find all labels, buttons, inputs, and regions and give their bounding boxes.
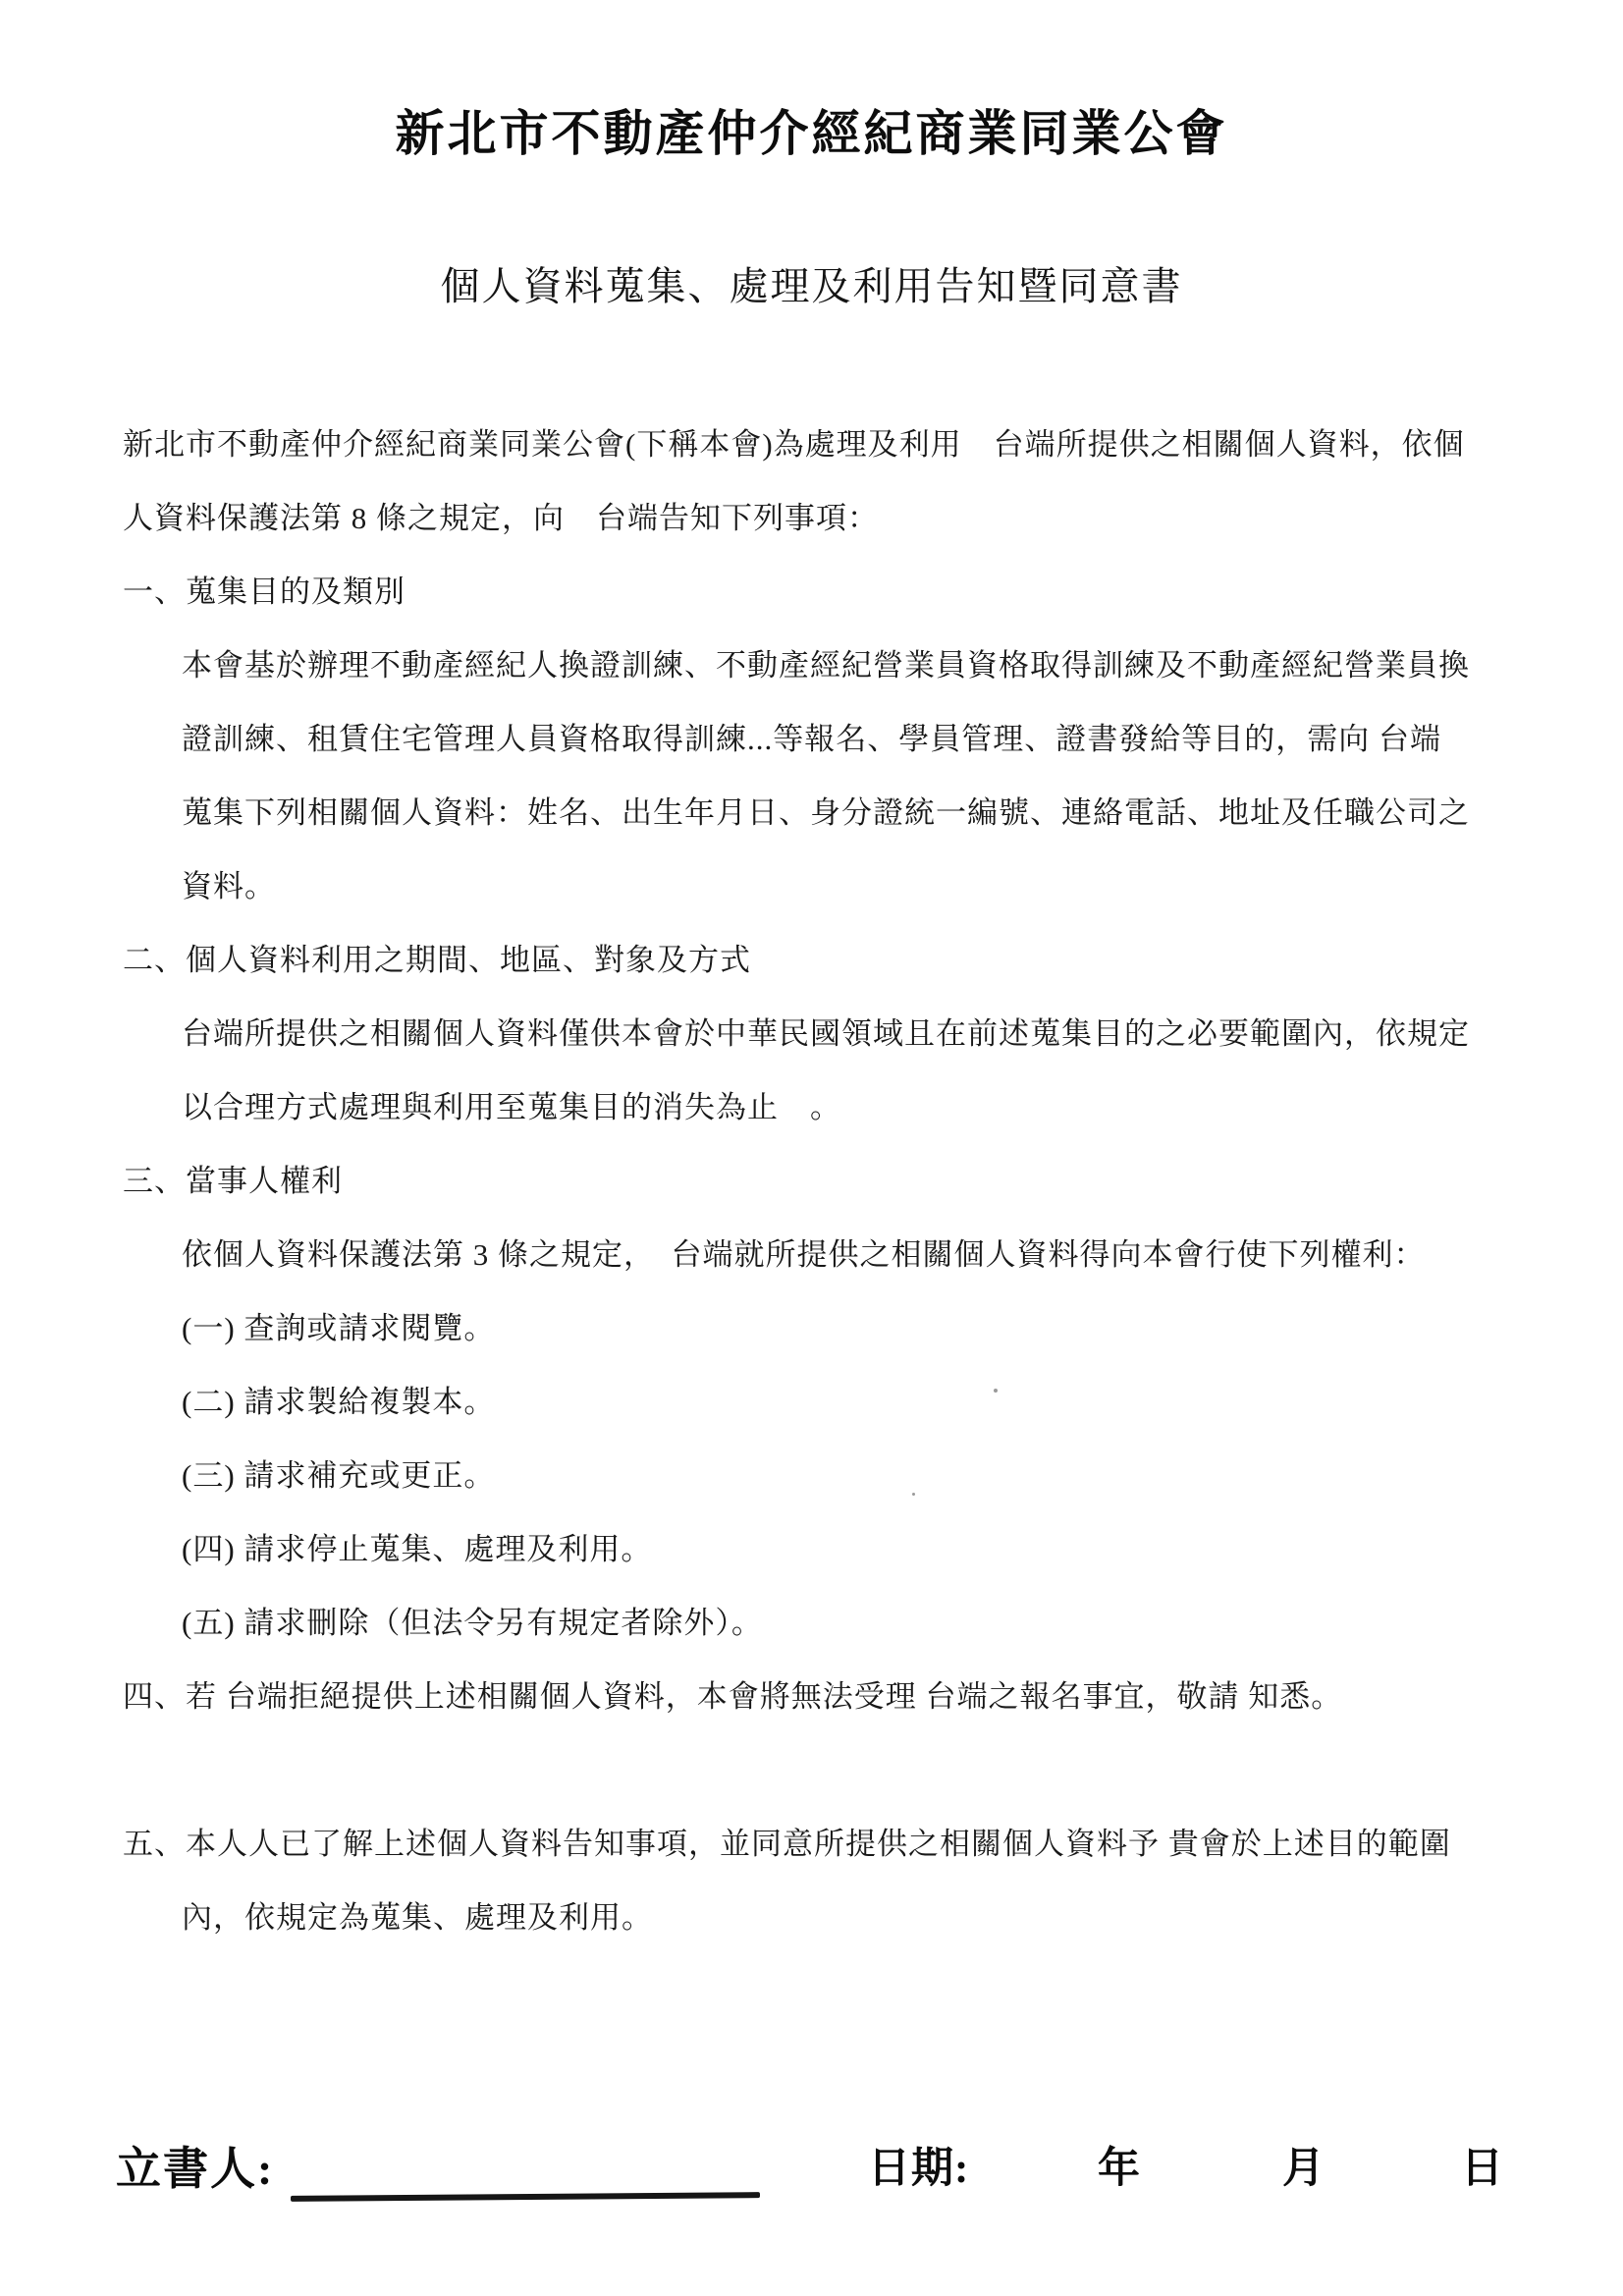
page-title: 新北市不動產仲介經紀商業同業公會 xyxy=(0,94,1623,165)
text-line: 內，依規定為蒐集、處理及利用。 xyxy=(123,1881,1507,1954)
text-line: 一、蒐集目的及類別 xyxy=(123,555,1507,629)
text-line: 依個人資料保護法第 3 條之規定， 台端就所提供之相關個人資料得向本會行使下列權… xyxy=(123,1218,1507,1291)
text-line: 台端所提供之相關個人資料僅供本會於中華民國領域且在前述蒐集目的之必要範圍內，依規… xyxy=(123,997,1507,1070)
signature-footer: 立書人: 日期: 年 月 日 xyxy=(0,2121,1623,2239)
signature-blank-line xyxy=(291,2192,760,2202)
text-line: 本會基於辦理不動產經紀人換證訓練、不動產經紀營業員資格取得訓練及不動產經紀營業員… xyxy=(123,629,1507,702)
text-line: (一) 查詢或請求閱覽。 xyxy=(123,1291,1507,1365)
blank-line xyxy=(123,1733,1507,1807)
year-label: 年 xyxy=(1098,2135,1140,2195)
signer-label: 立書人: xyxy=(116,2133,274,2198)
scan-speck xyxy=(994,1389,998,1393)
scan-speck xyxy=(912,1493,915,1496)
text-line: 蒐集下列相關個人資料：姓名、出生年月日、身分證統一編號、連絡電話、地址及任職公司… xyxy=(123,776,1507,849)
text-line: 五、本人人已了解上述個人資料告知事項，並同意所提供之相關個人資料予 貴會於上述目… xyxy=(123,1807,1507,1881)
scanned-consent-form-page: 新北市不動產仲介經紀商業同業公會 個人資料蒐集、處理及利用告知暨同意書 新北市不… xyxy=(0,0,1623,2296)
text-line: 四、若 台端拒絕提供上述相關個人資料，本會將無法受理 台端之報名事宜，敬請 知悉… xyxy=(123,1660,1507,1733)
month-label: 月 xyxy=(1282,2135,1325,2195)
text-line: 人資料保護法第 8 條之規定，向 台端告知下列事項： xyxy=(123,481,1507,555)
text-line: (四) 請求停止蒐集、處理及利用。 xyxy=(123,1512,1507,1586)
text-line: 證訓練、租賃住宅管理人員資格取得訓練...等報名、學員管理、證書發給等目的，需向… xyxy=(123,702,1507,776)
text-line: 新北市不動產仲介經紀商業同業公會(下稱本會)為處理及利用 台端所提供之相關個人資… xyxy=(123,408,1507,481)
text-line: 二、個人資料利用之期間、地區、對象及方式 xyxy=(123,923,1507,997)
date-label: 日期: xyxy=(868,2135,969,2195)
text-line: (三) 請求補充或更正。 xyxy=(123,1439,1507,1512)
text-line: 三、當事人權利 xyxy=(123,1144,1507,1218)
text-line: 資料。 xyxy=(123,849,1507,923)
text-line: 以合理方式處理與利用至蒐集目的消失為止 。 xyxy=(123,1070,1507,1144)
day-label: 日 xyxy=(1461,2135,1503,2195)
document-body: 新北市不動產仲介經紀商業同業公會(下稱本會)為處理及利用 台端所提供之相關個人資… xyxy=(123,408,1507,1954)
text-line: (五) 請求刪除（但法令另有規定者除外）。 xyxy=(123,1586,1507,1660)
page-subtitle: 個人資料蒐集、處理及利用告知暨同意書 xyxy=(0,255,1623,311)
text-line: (二) 請求製給複製本。 xyxy=(123,1365,1507,1439)
